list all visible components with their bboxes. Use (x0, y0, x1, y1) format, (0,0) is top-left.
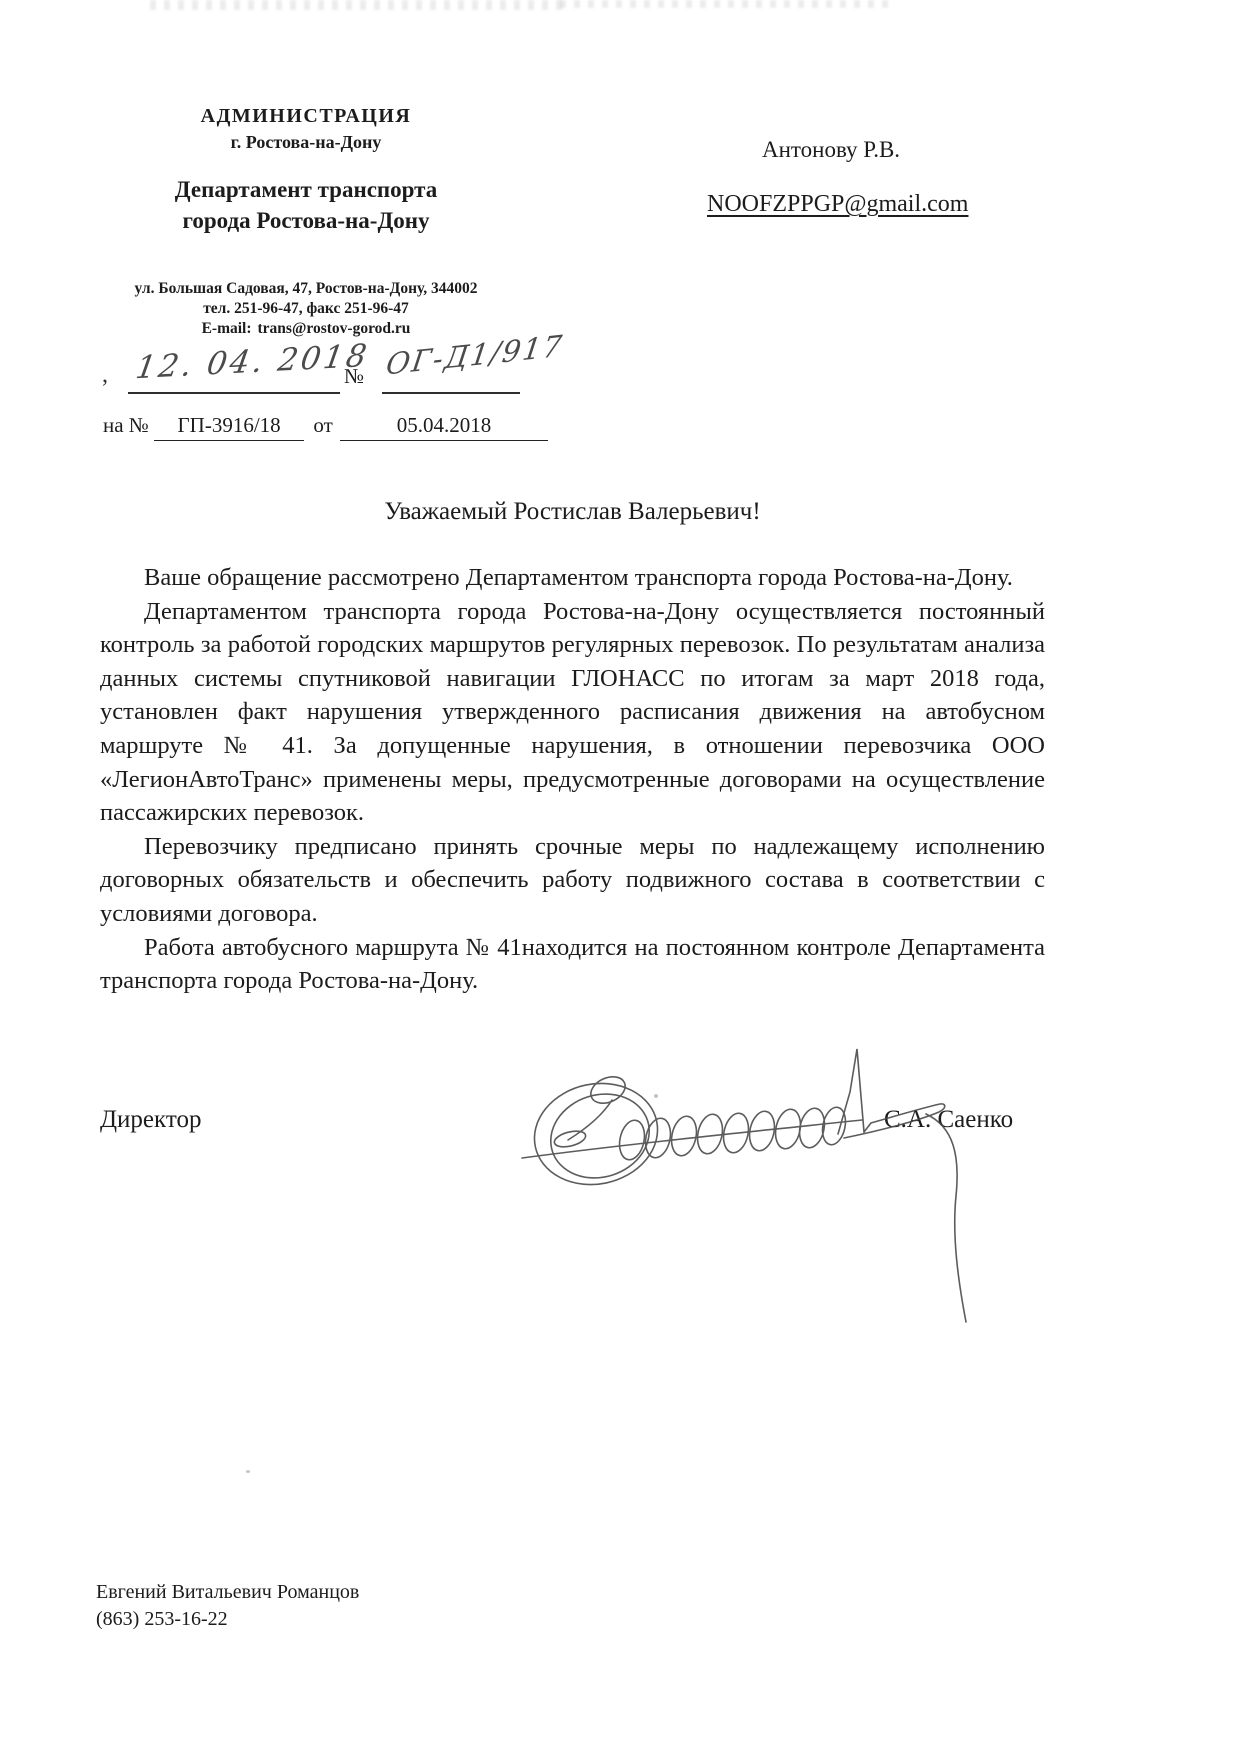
recipient-name: Антонову Р.В. (762, 137, 900, 163)
reply-from-label: от (313, 413, 332, 438)
letterhead-org-name: АДМИНИСТРАЦИЯ (88, 104, 524, 128)
letterhead-contacts: ул. Большая Садовая, 47, Ростов-на-Дону,… (88, 279, 524, 339)
letterhead-department: Департамент транспорта города Ростова-на… (88, 174, 524, 236)
reply-prefix: на № (103, 413, 149, 438)
email-label: E-mail: (202, 320, 252, 337)
letterhead-email-line: E-mail:trans@rostov-gorod.ru (88, 319, 524, 339)
letterhead-address: ул. Большая Садовая, 47, Ростов-на-Дону,… (88, 279, 524, 299)
scan-noise-top-left (150, 0, 570, 10)
department-name-line2: города Ростова-на-Дону (88, 205, 524, 236)
body-paragraph: Работа автобусного маршрута № 41находитс… (100, 931, 1045, 998)
scan-speck (246, 1470, 250, 1473)
scanned-letter-page: АДМИНИСТРАЦИЯ г. Ростова-на-Дону Департа… (0, 0, 1240, 1753)
outgoing-number-line: ОГ-Д1/917 (382, 346, 520, 394)
letterhead-phone: тел. 251-96-47, факс 251-96-47 (88, 299, 524, 319)
recipient-email: NOOFZPPGP@gmail.com (707, 191, 968, 218)
signer-title: Директор (100, 1106, 201, 1134)
executor-block: Евгений Витальевич Романцов (863) 253-16… (96, 1579, 359, 1633)
handwritten-date: 12. 04. 2018 (133, 338, 372, 387)
margin-mark: , (102, 362, 108, 389)
executor-name: Евгений Витальевич Романцов (96, 1579, 359, 1606)
reply-number: ГП-3916/18 (154, 413, 304, 441)
executor-phone: (863) 253-16-22 (96, 1606, 359, 1633)
letter-body: Ваше обращение рассмотрено Департаментом… (100, 561, 1045, 998)
reply-date: 05.04.2018 (340, 413, 548, 441)
department-name-line1: Департамент транспорта (88, 174, 524, 205)
body-paragraph: Перевозчику предписано принять срочные м… (100, 830, 1045, 931)
letterhead-email-value: trans@rostov-gorod.ru (258, 320, 411, 337)
body-paragraph: Департаментом транспорта города Ростова-… (100, 595, 1045, 830)
number-sign: № (344, 364, 364, 389)
letterhead-org-city: г. Ростова-на-Дону (88, 131, 524, 153)
reply-reference-row: на № ГП-3916/18 от 05.04.2018 (103, 413, 548, 441)
body-paragraph: Ваше обращение рассмотрено Департаментом… (100, 561, 1045, 595)
outgoing-date-line: 12. 04. 2018 (128, 346, 340, 394)
letterhead: АДМИНИСТРАЦИЯ г. Ростова-на-Дону Департа… (88, 104, 524, 339)
salutation: Уважаемый Ростислав Валерьевич! (100, 498, 1045, 526)
signature-scribble (508, 1034, 988, 1324)
scan-noise-top-right (560, 0, 890, 8)
